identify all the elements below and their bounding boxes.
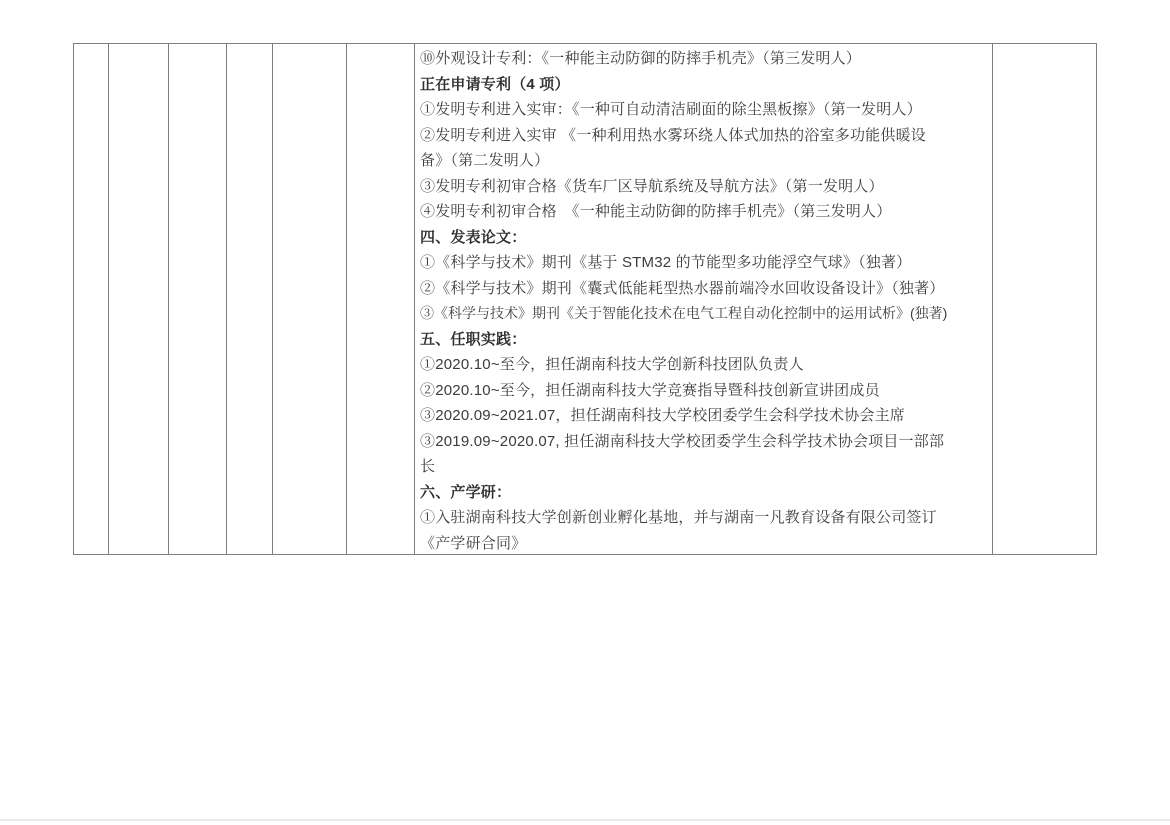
detail-line: ③发明专利初审合格《货车厂区导航系统及导航方法》（第一发明人） <box>420 174 988 200</box>
detail-line: 长 <box>420 454 988 480</box>
achievements-detail-cell: ⑩外观设计专利：《一种能主动防御的防摔手机壳》（第三发明人）正在申请专利（4 项… <box>415 44 993 554</box>
detail-line: ③《科学与技术》期刊《关于智能化技术在电气工程自动化控制中的运用试析》(独著) <box>420 301 988 327</box>
detail-line: 五、任职实践： <box>420 327 988 353</box>
detail-line: ③2020.09~2021.07，担任湖南科技大学校团委学生会科学技术协会主席 <box>420 403 988 429</box>
empty-cell-right <box>993 44 1096 554</box>
detail-line: ①入驻湖南科技大学创新创业孵化基地，并与湖南一凡教育设备有限公司签订 <box>420 505 988 531</box>
empty-cell-3 <box>169 44 227 554</box>
application-table: ⑩外观设计专利：《一种能主动防御的防摔手机壳》（第三发明人）正在申请专利（4 项… <box>73 43 1097 555</box>
detail-line: ②2020.10~至今，担任湖南科技大学竞赛指导暨科技创新宣讲团成员 <box>420 378 988 404</box>
detail-line: ⑩外观设计专利：《一种能主动防御的防摔手机壳》（第三发明人） <box>420 46 988 72</box>
detail-line: ④发明专利初审合格 《一种能主动防御的防摔手机壳》（第三发明人） <box>420 199 988 225</box>
detail-line: 六、产学研： <box>420 480 988 506</box>
page-bottom-edge <box>0 819 1170 821</box>
detail-line: 正在申请专利（4 项） <box>420 72 988 98</box>
empty-cell-2 <box>109 44 169 554</box>
empty-cell-4 <box>227 44 273 554</box>
empty-cell-1 <box>74 44 109 554</box>
detail-line: ②发明专利进入实审 《一种利用热水雾环绕人体式加热的浴室多功能供暖设 <box>420 123 988 149</box>
detail-line: 备》（第二发明人） <box>420 148 988 174</box>
document-page: ⑩外观设计专利：《一种能主动防御的防摔手机壳》（第三发明人）正在申请专利（4 项… <box>0 0 1170 825</box>
detail-line: ①发明专利进入实审：《一种可自动清洁刷面的除尘黑板擦》（第一发明人） <box>420 97 988 123</box>
empty-cell-6 <box>347 44 415 554</box>
detail-line: ③2019.09~2020.07, 担任湖南科技大学校团委学生会科学技术协会项目… <box>420 429 988 455</box>
detail-line: ①2020.10~至今，担任湖南科技大学创新科技团队负责人 <box>420 352 988 378</box>
empty-cell-5 <box>273 44 347 554</box>
detail-line: 四、发表论文： <box>420 225 988 251</box>
detail-line: ②《科学与技术》期刊《囊式低能耗型热水器前端冷水回收设备设计》（独著） <box>420 276 988 302</box>
detail-line: ①《科学与技术》期刊《基于 STM32 的节能型多功能浮空气球》（独著） <box>420 250 988 276</box>
detail-line: 《产学研合同》 <box>420 531 988 555</box>
